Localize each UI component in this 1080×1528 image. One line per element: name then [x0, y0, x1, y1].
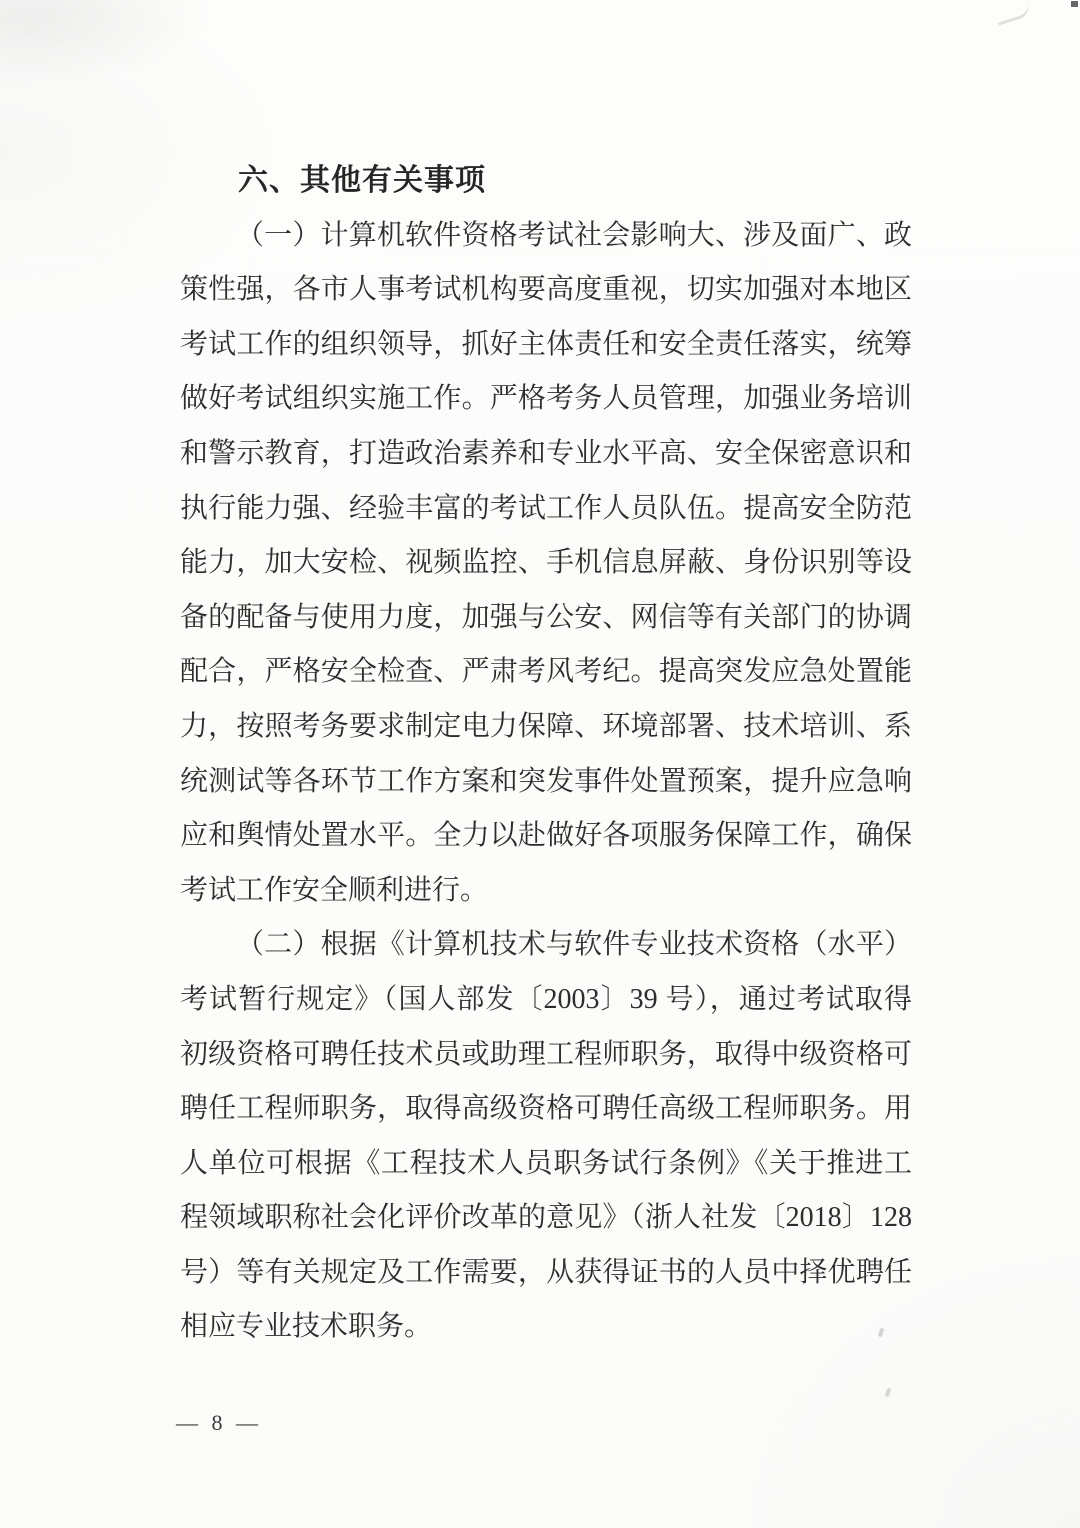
page-number: — 8 — [176, 1410, 262, 1436]
paragraph-1: （一）计算机软件资格考试社会影响大、涉及面广、政策性强，各市人事考试机构要高度重… [180, 209, 912, 919]
scan-artifact-pencil-mark [993, 0, 1031, 26]
document-body: 六、其他有关事项 （一）计算机软件资格考试社会影响大、涉及面广、政策性强，各市人… [180, 154, 912, 1355]
scan-artifact-speck [885, 1388, 892, 1398]
paragraph-2: （二）根据《计算机技术与软件专业技术资格（水平）考试暂行规定》（国人部发〔200… [180, 918, 912, 1355]
scan-artifact-corner-dot [1071, 1, 1078, 7]
section-heading: 六、其他有关事项 [180, 154, 912, 209]
document-page: 六、其他有关事项 （一）计算机软件资格考试社会影响大、涉及面广、政策性强，各市人… [0, 0, 1080, 1528]
